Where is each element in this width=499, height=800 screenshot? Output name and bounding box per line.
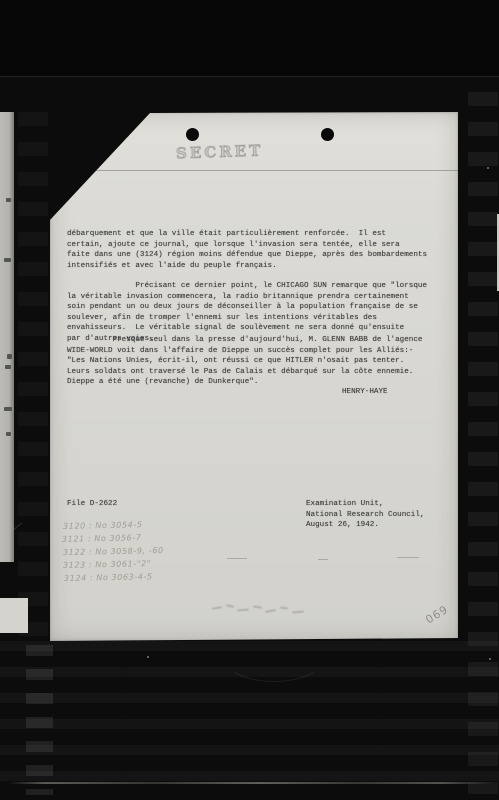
- paragraph-1: débarquement et que la ville était parti…: [67, 229, 427, 271]
- pencil-dash-mark: [227, 558, 247, 559]
- dust-speck: [489, 658, 491, 660]
- dust-speck: [487, 167, 489, 169]
- handwritten-note-1: 3120 : No 3054-5: [63, 520, 143, 531]
- text-fragment-mark: [4, 407, 12, 411]
- text-fragment-mark: [5, 365, 11, 369]
- horizontal-rule-line: [50, 170, 458, 171]
- signature: HENRY-HAYE: [342, 387, 388, 398]
- paragraph-3: Presque seul dans la presse d'aujourd'hu…: [67, 335, 422, 388]
- handwritten-note-3: 3122 : No 3058-9, -60: [63, 546, 164, 557]
- pencil-dash-mark: [397, 557, 419, 558]
- sprocket-shadow-column-left-upper: [18, 112, 48, 642]
- text-fragment-mark: [6, 432, 11, 436]
- document-page: SECRET débarquement et que la ville étai…: [50, 112, 458, 641]
- faint-pencil-scribble: [210, 603, 320, 621]
- text-fragment-mark: [6, 198, 11, 202]
- frame-number-pencil-mark: 069: [423, 603, 450, 627]
- film-scratch-line: [8, 782, 492, 784]
- pencil-dash-mark: [318, 559, 328, 560]
- issuing-office-block: Examination Unit, National Research Coun…: [306, 499, 424, 531]
- punch-hole-left: [186, 128, 199, 141]
- file-number: File D-2622: [67, 499, 117, 510]
- handwritten-note-4: 3123 : No 3061-"2": [63, 559, 151, 570]
- microfilm-frame: SECRET débarquement et que la ville étai…: [0, 0, 499, 800]
- film-frame-divider-line: [0, 76, 499, 77]
- punch-hole-right: [321, 128, 334, 141]
- film-arc-scratch: [225, 636, 323, 682]
- secret-stamp: SECRET: [176, 141, 264, 162]
- adjacent-page-fragment-bottom-left: [0, 598, 28, 633]
- text-fragment-mark: [7, 354, 12, 359]
- dust-speck: [147, 656, 149, 658]
- film-top-area: [0, 0, 499, 76]
- text-fragment-mark: [4, 258, 11, 262]
- handwritten-note-2: 3121 : No 3056-7: [62, 533, 142, 544]
- handwritten-note-5: 3124 : No 3063-4-5: [64, 572, 153, 583]
- adjacent-page-fragment-left: [0, 112, 14, 562]
